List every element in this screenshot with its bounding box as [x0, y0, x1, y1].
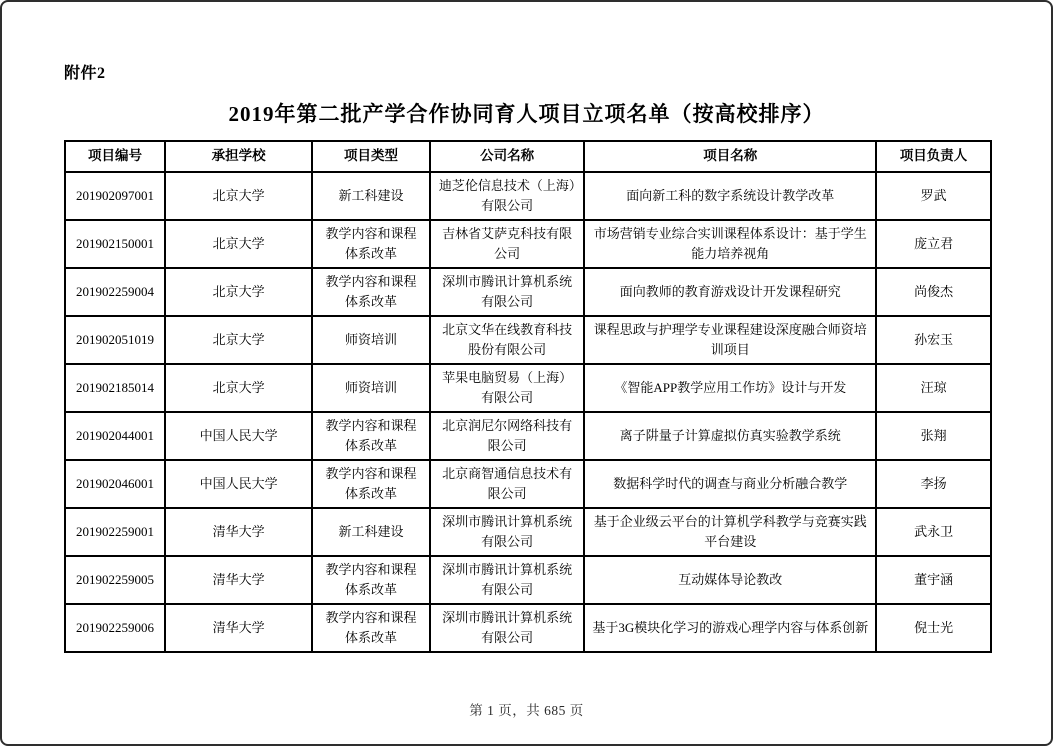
column-header-project-name: 项目名称: [584, 141, 876, 172]
table-row: 201902185014 北京大学 师资培训 苹果电脑贸易（上海）有限公司 《智…: [65, 364, 991, 412]
cell-company: 北京商智通信息技术有限公司: [430, 460, 585, 508]
table-row: 201902259005 清华大学 教学内容和课程体系改革 深圳市腾讯计算机系统…: [65, 556, 991, 604]
table-row: 201902259001 清华大学 新工科建设 深圳市腾讯计算机系统有限公司 基…: [65, 508, 991, 556]
cell-school: 中国人民大学: [165, 412, 312, 460]
cell-company: 迪芝伦信息技术（上海）有限公司: [430, 172, 585, 220]
cell-company: 北京文华在线教育科技股份有限公司: [430, 316, 585, 364]
cell-company: 吉林省艾萨克科技有限公司: [430, 220, 585, 268]
cell-school: 北京大学: [165, 172, 312, 220]
cell-project-name: 互动媒体导论教改: [584, 556, 876, 604]
cell-project-name: 课程思政与护理学专业课程建设深度融合师资培训项目: [584, 316, 876, 364]
cell-leader: 孙宏玉: [876, 316, 991, 364]
table-row: 201902044001 中国人民大学 教学内容和课程体系改革 北京润尼尔网络科…: [65, 412, 991, 460]
cell-project-id: 201902185014: [65, 364, 165, 412]
table-row: 201902259006 清华大学 教学内容和课程体系改革 深圳市腾讯计算机系统…: [65, 604, 991, 652]
cell-project-name: 面向新工科的数字系统设计教学改革: [584, 172, 876, 220]
cell-project-name: 面向教师的教育游戏设计开发课程研究: [584, 268, 876, 316]
cell-project-id: 201902097001: [65, 172, 165, 220]
cell-leader: 张翔: [876, 412, 991, 460]
cell-school: 清华大学: [165, 508, 312, 556]
cell-project-id: 201902051019: [65, 316, 165, 364]
cell-project-name: 数据科学时代的调查与商业分析融合教学: [584, 460, 876, 508]
cell-project-type: 师资培训: [312, 364, 430, 412]
page-number-footer: 第 1 页，共 685 页: [2, 699, 1051, 719]
cell-project-id: 201902044001: [65, 412, 165, 460]
cell-leader: 董宇涵: [876, 556, 991, 604]
cell-company: 苹果电脑贸易（上海）有限公司: [430, 364, 585, 412]
cell-school: 北京大学: [165, 364, 312, 412]
column-header-leader: 项目负责人: [876, 141, 991, 172]
cell-company: 北京润尼尔网络科技有限公司: [430, 412, 585, 460]
cell-project-name: 市场营销专业综合实训课程体系设计：基于学生能力培养视角: [584, 220, 876, 268]
cell-company: 深圳市腾讯计算机系统有限公司: [430, 604, 585, 652]
cell-school: 清华大学: [165, 604, 312, 652]
column-header-school: 承担学校: [165, 141, 312, 172]
cell-project-id: 201902259004: [65, 268, 165, 316]
cell-project-name: 基于企业级云平台的计算机学科教学与竞赛实践平台建设: [584, 508, 876, 556]
cell-leader: 李扬: [876, 460, 991, 508]
column-header-project-id: 项目编号: [65, 141, 165, 172]
table-body: 201902097001 北京大学 新工科建设 迪芝伦信息技术（上海）有限公司 …: [65, 172, 991, 652]
cell-project-type: 教学内容和课程体系改革: [312, 604, 430, 652]
cell-leader: 尚俊杰: [876, 268, 991, 316]
cell-project-type: 教学内容和课程体系改革: [312, 556, 430, 604]
cell-school: 北京大学: [165, 220, 312, 268]
table-row: 201902051019 北京大学 师资培训 北京文华在线教育科技股份有限公司 …: [65, 316, 991, 364]
table-row: 201902046001 中国人民大学 教学内容和课程体系改革 北京商智通信息技…: [65, 460, 991, 508]
cell-leader: 武永卫: [876, 508, 991, 556]
cell-project-type: 教学内容和课程体系改革: [312, 412, 430, 460]
cell-project-type: 师资培训: [312, 316, 430, 364]
cell-leader: 倪士光: [876, 604, 991, 652]
table-header-row: 项目编号 承担学校 项目类型 公司名称 项目名称 项目负责人: [65, 141, 991, 172]
page-title: 2019年第二批产学合作协同育人项目立项名单（按高校排序）: [2, 98, 1051, 128]
cell-project-id: 201902046001: [65, 460, 165, 508]
project-table: 项目编号 承担学校 项目类型 公司名称 项目名称 项目负责人 201902097…: [64, 140, 992, 653]
column-header-company: 公司名称: [430, 141, 585, 172]
cell-project-type: 新工科建设: [312, 508, 430, 556]
cell-project-id: 201902259001: [65, 508, 165, 556]
cell-company: 深圳市腾讯计算机系统有限公司: [430, 556, 585, 604]
cell-school: 清华大学: [165, 556, 312, 604]
column-header-project-type: 项目类型: [312, 141, 430, 172]
cell-project-name: 离子阱量子计算虚拟仿真实验教学系统: [584, 412, 876, 460]
attachment-label: 附件2: [64, 60, 106, 83]
document-page: 附件2 2019年第二批产学合作协同育人项目立项名单（按高校排序） 项目编号 承…: [0, 0, 1053, 746]
table-row: 201902097001 北京大学 新工科建设 迪芝伦信息技术（上海）有限公司 …: [65, 172, 991, 220]
cell-project-id: 201902259006: [65, 604, 165, 652]
cell-company: 深圳市腾讯计算机系统有限公司: [430, 508, 585, 556]
cell-company: 深圳市腾讯计算机系统有限公司: [430, 268, 585, 316]
cell-project-name: 《智能APP教学应用工作坊》设计与开发: [584, 364, 876, 412]
cell-school: 北京大学: [165, 316, 312, 364]
cell-project-id: 201902150001: [65, 220, 165, 268]
cell-project-type: 教学内容和课程体系改革: [312, 220, 430, 268]
cell-leader: 罗武: [876, 172, 991, 220]
cell-project-type: 新工科建设: [312, 172, 430, 220]
cell-leader: 庞立君: [876, 220, 991, 268]
cell-project-name: 基于3G模块化学习的游戏心理学内容与体系创新: [584, 604, 876, 652]
cell-project-id: 201902259005: [65, 556, 165, 604]
table-row: 201902259004 北京大学 教学内容和课程体系改革 深圳市腾讯计算机系统…: [65, 268, 991, 316]
cell-school: 北京大学: [165, 268, 312, 316]
cell-project-type: 教学内容和课程体系改革: [312, 460, 430, 508]
table-row: 201902150001 北京大学 教学内容和课程体系改革 吉林省艾萨克科技有限…: [65, 220, 991, 268]
cell-school: 中国人民大学: [165, 460, 312, 508]
cell-project-type: 教学内容和课程体系改革: [312, 268, 430, 316]
cell-leader: 汪琼: [876, 364, 991, 412]
